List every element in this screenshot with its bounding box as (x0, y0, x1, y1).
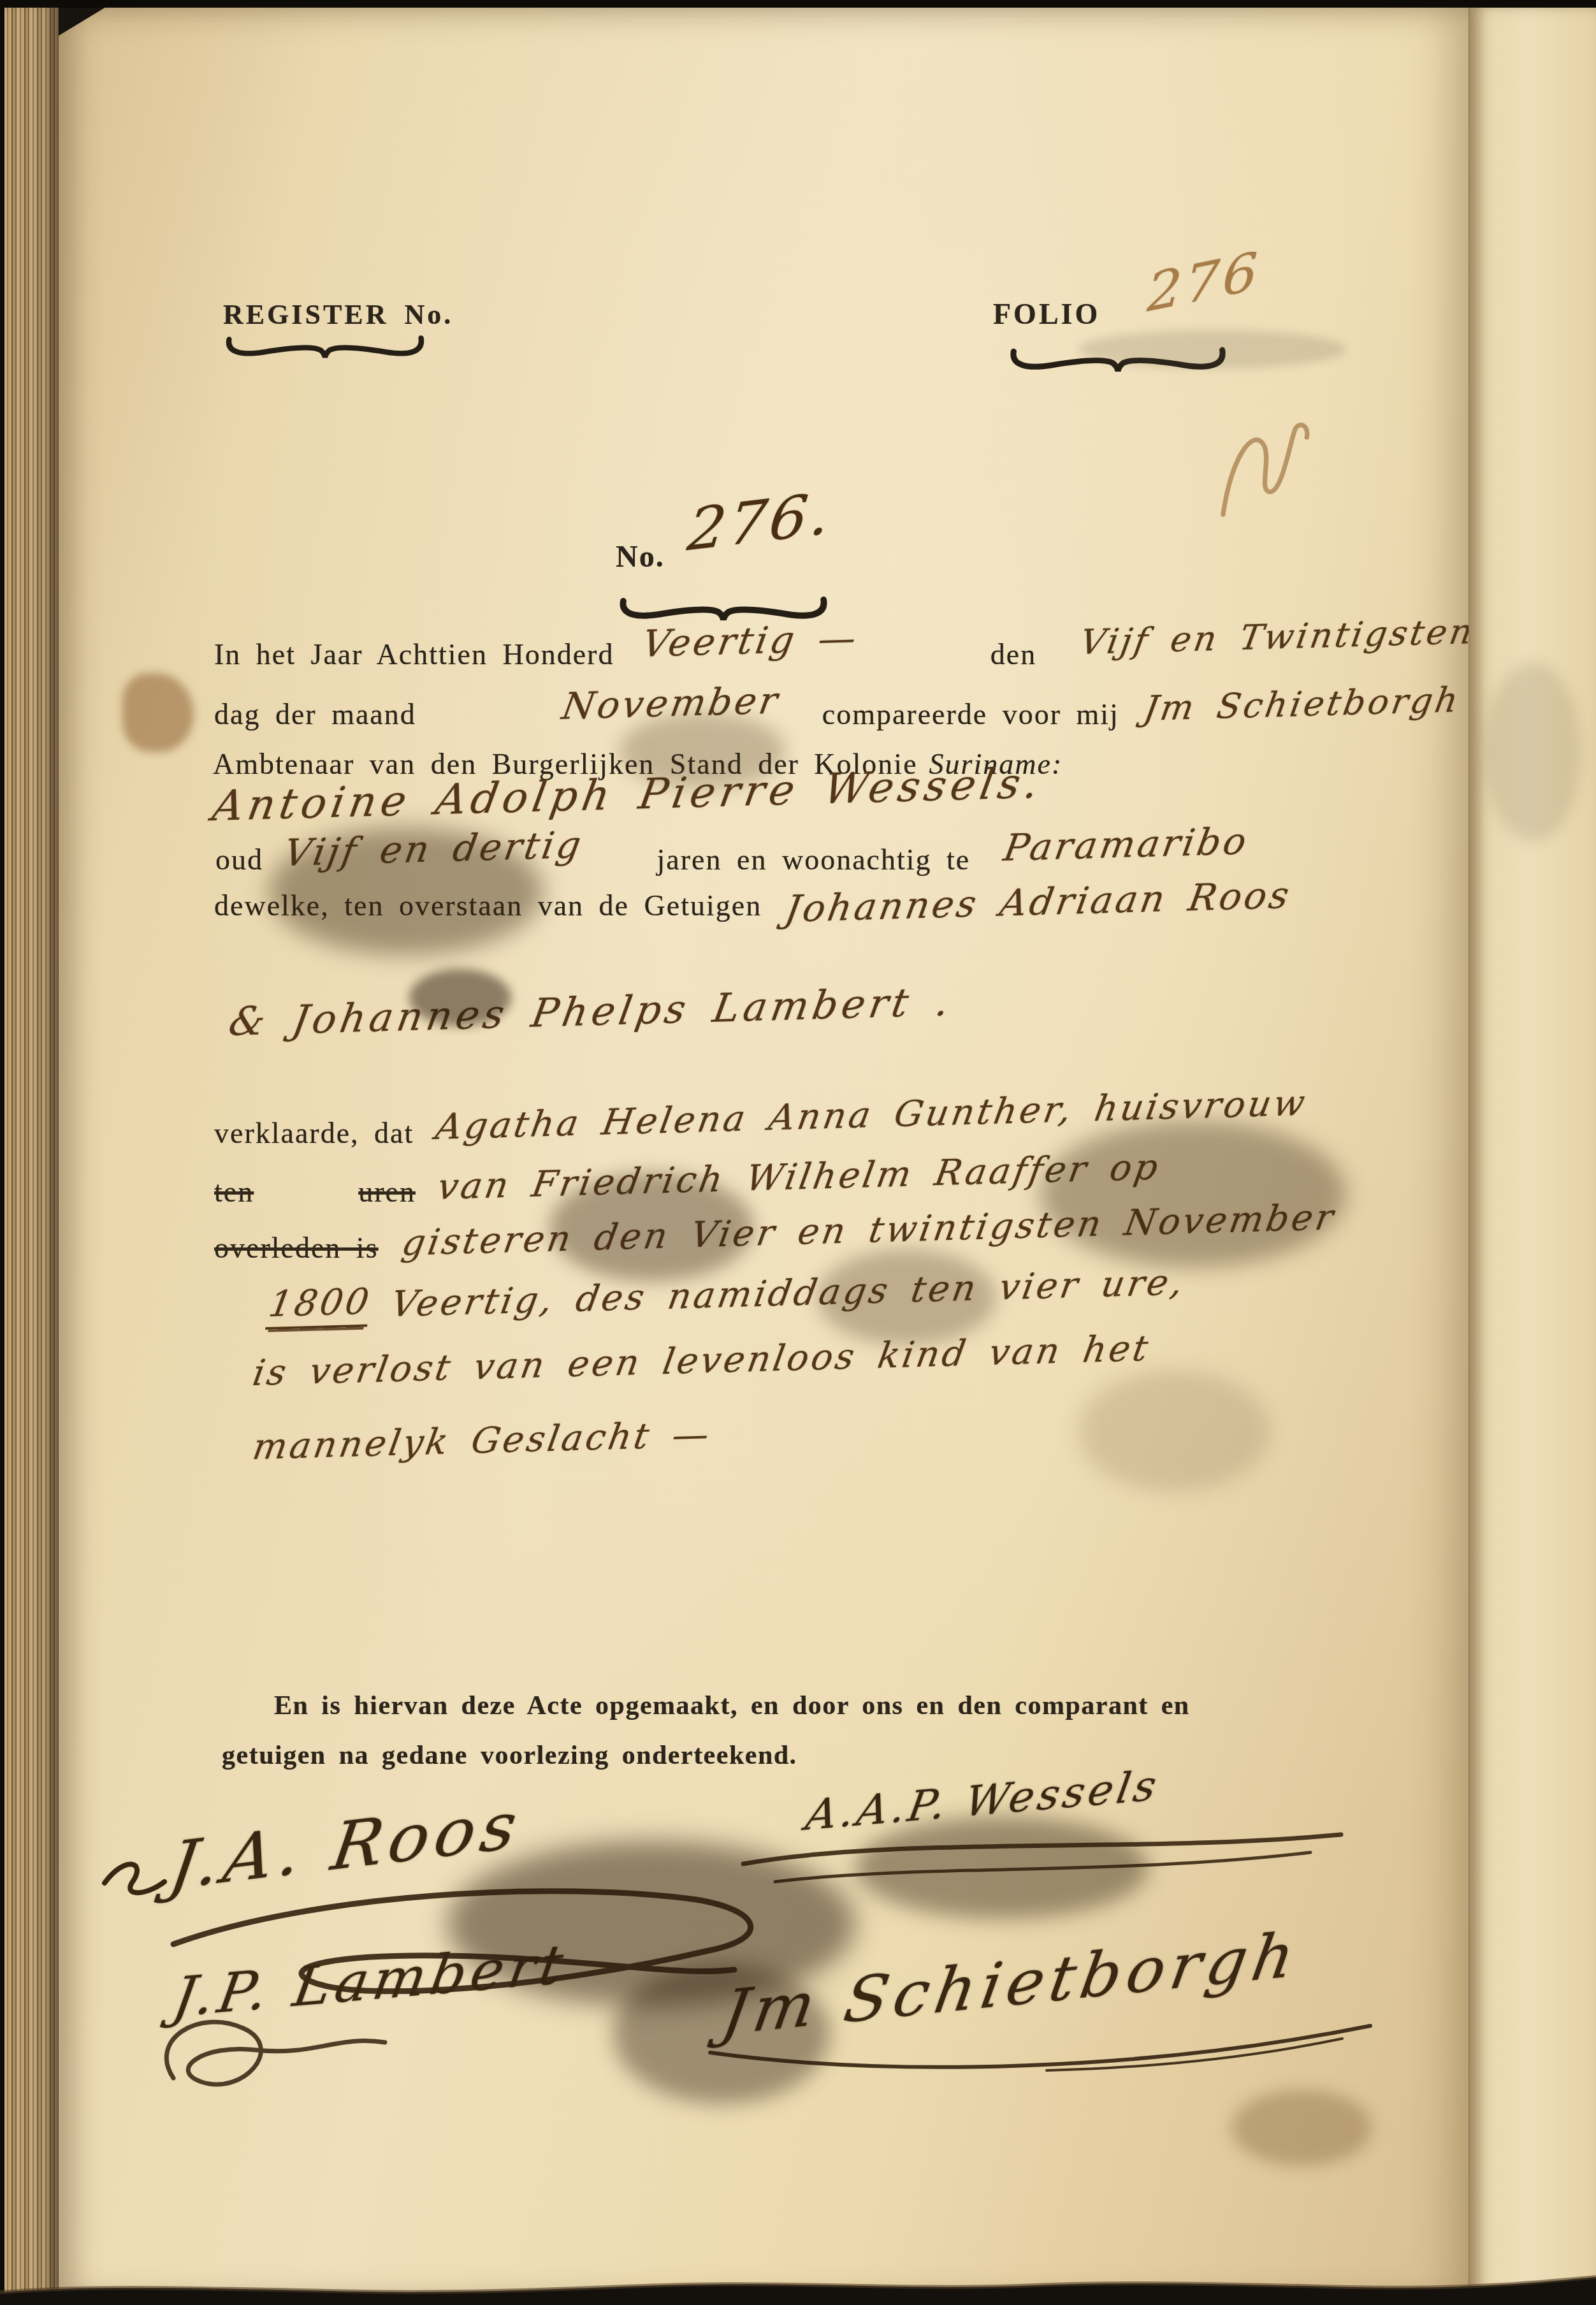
handwritten-mother-name: Agatha Helena Anna Gunther, huisvrouw (433, 1082, 1310, 1148)
body-line-9: ten uren van Friedrich Wilhelm Raaffer o… (214, 1169, 1153, 1211)
act-number-value: 276. (685, 479, 836, 564)
handwritten-sex-text: mannelyk Geslacht — (250, 1414, 715, 1468)
folio-number: 276 (1146, 240, 1261, 324)
printed-text-struck: ten (214, 1175, 254, 1208)
closing-clause-line-2: getuigen na gedane voorlezing onderteeke… (222, 1740, 797, 1771)
handwritten-age: Vijf en dertig (281, 823, 586, 875)
body-line-13: mannelyk Geslacht — (214, 1427, 706, 1468)
register-page: REGISTER No. FOLIO 276 No. 276. In het J… (59, 6, 1469, 2305)
scan-background-bottom (0, 2259, 1596, 2305)
next-page-edge (1469, 5, 1596, 2305)
signature-flourish (135, 1995, 403, 2104)
brace-ornament (217, 333, 433, 362)
handwritten-father-name: van Friedrich Wilhelm Raaffer op (435, 1147, 1163, 1208)
body-line-5: oud Vijf en dertig jaren en woonachtig t… (215, 835, 1244, 878)
handwritten-day: Vijf en Twintigsten (1077, 611, 1478, 662)
printed-text: verklaarde, dat (214, 1117, 414, 1149)
printed-text: In het Jaar Achttien Honderd (214, 638, 614, 671)
printed-text: oud (215, 843, 263, 876)
printed-text: jaren en woonachtig te (657, 843, 971, 876)
printed-text: den (990, 638, 1036, 671)
body-line-10: overleden is gisteren den Vier en twinti… (214, 1225, 1327, 1267)
register-book-scan: REGISTER No. FOLIO 276 No. 276. In het J… (0, 0, 1596, 2305)
signature-flourish (734, 1817, 1372, 1900)
body-line-1: In het Jaar Achttien Honderd Veertig — d… (214, 630, 1469, 673)
body-line-8: verklaarde, dat Agatha Helena Anna Gunth… (214, 1110, 1299, 1152)
body-line-11: 1800 Veertig, des namiddags ten vier ure… (214, 1284, 1177, 1330)
act-number-label: No. (616, 539, 665, 574)
printed-text-struck: overleden is (214, 1232, 379, 1264)
handwritten-stillbirth-text: is verlost van een levenloos kind van he… (250, 1328, 1154, 1394)
handwritten-year-number: 1800 (265, 1281, 374, 1330)
ink-stain (1231, 2090, 1372, 2166)
handwritten-witness-2: & Johannes Phelps Lambert . (226, 978, 957, 1045)
printed-text-struck: uren (358, 1175, 416, 1208)
body-line-2: dag der maand November compareerde voor … (214, 690, 1455, 733)
brace-ornament (990, 344, 1245, 376)
handwritten-year: Veertig — (639, 616, 862, 665)
printed-text: dag der maand (214, 698, 416, 731)
printed-text: dewelke, ten overstaan van de Getuigen (214, 889, 762, 922)
body-line-7: & Johannes Phelps Lambert . (226, 998, 945, 1045)
handwritten-residence: Paramaribo (1001, 819, 1252, 869)
register-number-label: REGISTER No. (223, 298, 453, 331)
handwritten-official-name: Jm Schietborgh (1141, 680, 1463, 729)
handwritten-witness-1: Johannes Adriaan Roos (782, 873, 1295, 931)
body-line-12: is verlost van een levenloos kind van he… (214, 1353, 1142, 1394)
body-line-6: dewelke, ten overstaan van de Getuigen J… (214, 881, 1285, 924)
paraph-mark (1189, 391, 1357, 532)
fox-spot (122, 673, 194, 752)
signature-flourish (702, 2008, 1391, 2091)
handwritten-time-text: Veertig, des namiddags ten vier ure, (388, 1262, 1188, 1325)
scan-background-top (0, 0, 1596, 8)
printed-text: compareerde voor mij (822, 698, 1119, 731)
body-line-4: Antoine Adolph Pierre Wessels. (209, 782, 1034, 831)
handwritten-month: November (559, 679, 783, 728)
closing-clause-line-1: En is hiervan deze Acte opgemaakt, en do… (274, 1691, 1190, 1721)
book-page-edges (0, 0, 59, 2305)
folio-label: FOLIO (993, 297, 1100, 331)
